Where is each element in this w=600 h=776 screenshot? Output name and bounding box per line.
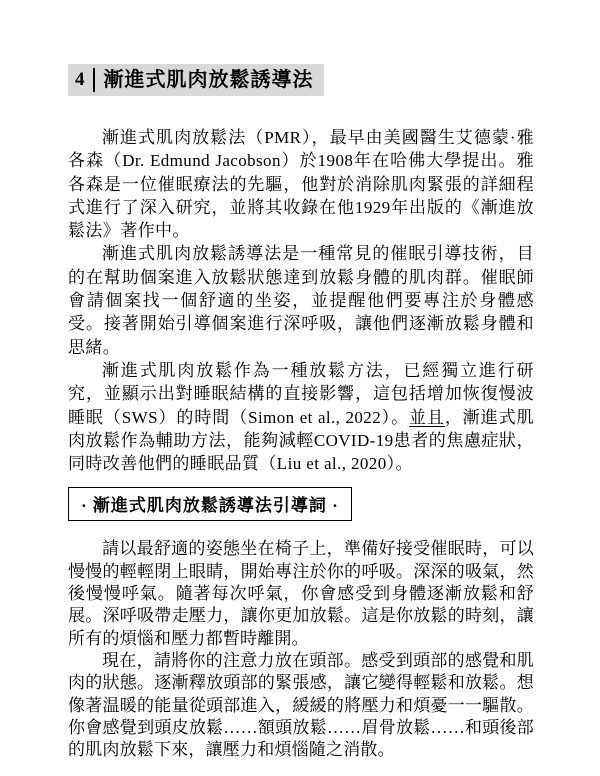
- script-header-row: · 漸進式肌肉放鬆誘導法引導詞 ·: [68, 487, 534, 521]
- chapter-number: 4: [75, 68, 85, 92]
- paragraph-pmr-origin: 漸進式肌肉放鬆法（PMR），最早由美國醫生艾德蒙·雅各森（Dr. Edmund …: [68, 126, 534, 242]
- document-page: 4 漸進式肌肉放鬆誘導法 漸進式肌肉放鬆法（PMR），最早由美國醫生艾德蒙·雅各…: [0, 0, 600, 776]
- paragraph-script-head-relaxation: 現在，請將你的注意力放在頭部。感受到頭部的感覺和肌肉的狀態。逐漸釋放頭部的緊張感…: [68, 650, 534, 761]
- script-header-box: · 漸進式肌肉放鬆誘導法引導詞 ·: [68, 487, 352, 521]
- paragraph-script-breathing: 請以最舒適的姿態坐在椅子上，準備好接受催眠時，可以慢慢的輕輕閉上眼睛，開始專注於…: [68, 538, 534, 649]
- chapter-heading: 4 漸進式肌肉放鬆誘導法: [68, 64, 324, 96]
- chapter-divider: [93, 68, 95, 92]
- paragraph-research-evidence: 漸進式肌肉放鬆作為一種放鬆方法，已經獨立進行研究，並顯示出對睡眠結構的直接影響，…: [68, 359, 534, 475]
- paragraph-induction-technique: 漸進式肌肉放鬆誘導法是一種常見的催眠引導技術，目的在幫助個案進入放鬆狀態達到放鬆…: [68, 242, 534, 358]
- research-underlined-phrase: 並且: [409, 408, 445, 427]
- chapter-title-text: 漸進式肌肉放鬆誘導法: [104, 68, 314, 92]
- script-header-label: · 漸進式肌肉放鬆誘導法引導詞 ·: [81, 496, 339, 515]
